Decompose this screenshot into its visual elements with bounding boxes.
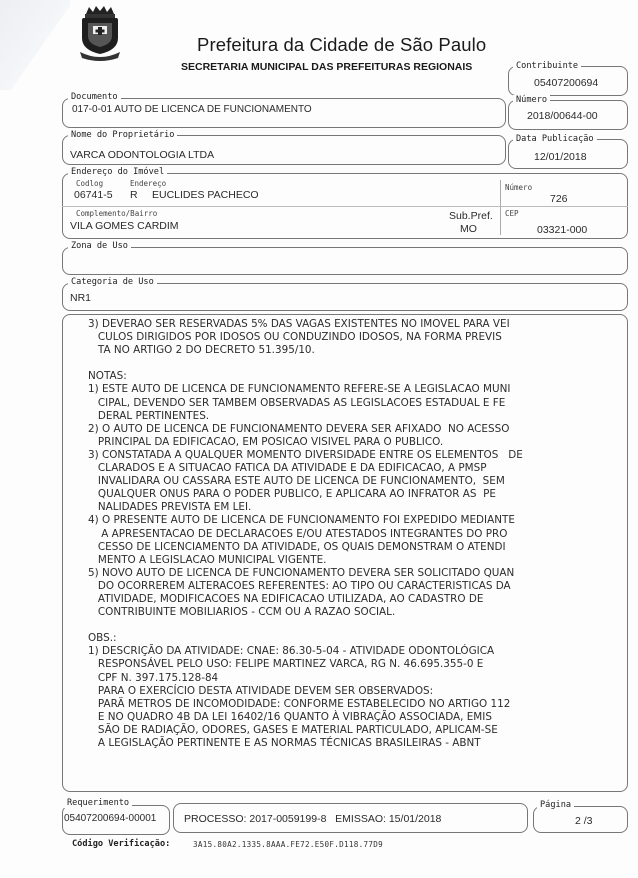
requerimento-label: Requerimento — [64, 798, 132, 808]
verificacao-code: 3A15.80A2.1335.8AAA.FE72.E50F.D118.77D9 — [193, 840, 383, 849]
subpref-value: MO — [460, 223, 477, 235]
page-title: Prefeitura da Cidade de São Paulo — [197, 34, 486, 56]
pagina-value: 2 /3 — [575, 815, 593, 827]
scan-fold-shadow — [0, 0, 70, 90]
numero-value: 2018/00644-00 — [527, 110, 598, 122]
numero-label: Número — [513, 95, 550, 105]
pagina-label: Página — [537, 800, 574, 810]
codlog-value: 06741-5 — [74, 189, 113, 201]
categoria-uso-box — [62, 283, 628, 311]
numero-divider — [500, 180, 501, 235]
requerimento-value: 05407200694-00001 — [64, 813, 156, 824]
bairro-value: VILA GOMES CARDIM — [70, 220, 179, 232]
coat-of-arms-icon — [78, 4, 122, 62]
zona-uso-box — [62, 247, 628, 275]
contribuinte-label: Contribuinte — [513, 61, 581, 71]
documento-value: 017-0-01 AUTO DE LICENCA DE FUNCIONAMENT… — [72, 104, 312, 115]
contribuinte-value: 05407200694 — [534, 77, 598, 89]
logradouro-value: EUCLIDES PACHECO — [152, 189, 259, 201]
endereco-sub-label: Endereço — [130, 179, 166, 188]
complemento-label: Complemento/Bairro — [76, 209, 157, 218]
endereco-row-divider — [62, 206, 628, 207]
subpref-label: Sub.Pref. — [449, 210, 493, 222]
page-subtitle: SECRETARIA MUNICIPAL DAS PREFEITURAS REG… — [181, 61, 472, 73]
observacoes-text: 3) DEVERAO SER RESERVADAS 5% DAS VAGAS E… — [88, 318, 523, 750]
proprietario-label: Nome do Proprietário — [68, 130, 177, 140]
logradouro-tipo: R — [130, 189, 138, 201]
cep-label: CEP — [505, 209, 519, 218]
documento-label: Documento — [68, 92, 121, 102]
proprietario-value: VARCA ODONTOLOGIA LTDA — [70, 149, 214, 161]
data-publicacao-value: 12/01/2018 — [534, 151, 587, 163]
endereco-label: Endereço do Imóvel — [68, 167, 167, 177]
cep-value: 03321-000 — [537, 224, 587, 236]
data-publicacao-label: Data Publicação — [513, 134, 597, 144]
endereco-numero-value: 726 — [550, 193, 568, 205]
categoria-uso-value: NR1 — [70, 292, 91, 304]
zona-uso-label: Zona de Uso — [68, 241, 131, 251]
verificacao-label: Código Verificação: — [72, 839, 170, 849]
processo-value: PROCESSO: 2017-0059199-8 EMISSAO: 15/01/… — [184, 813, 441, 825]
codlog-label: Codlog — [76, 179, 103, 188]
endereco-numero-label: Número — [505, 183, 532, 192]
categoria-uso-label: Categoria de Uso — [68, 277, 157, 287]
